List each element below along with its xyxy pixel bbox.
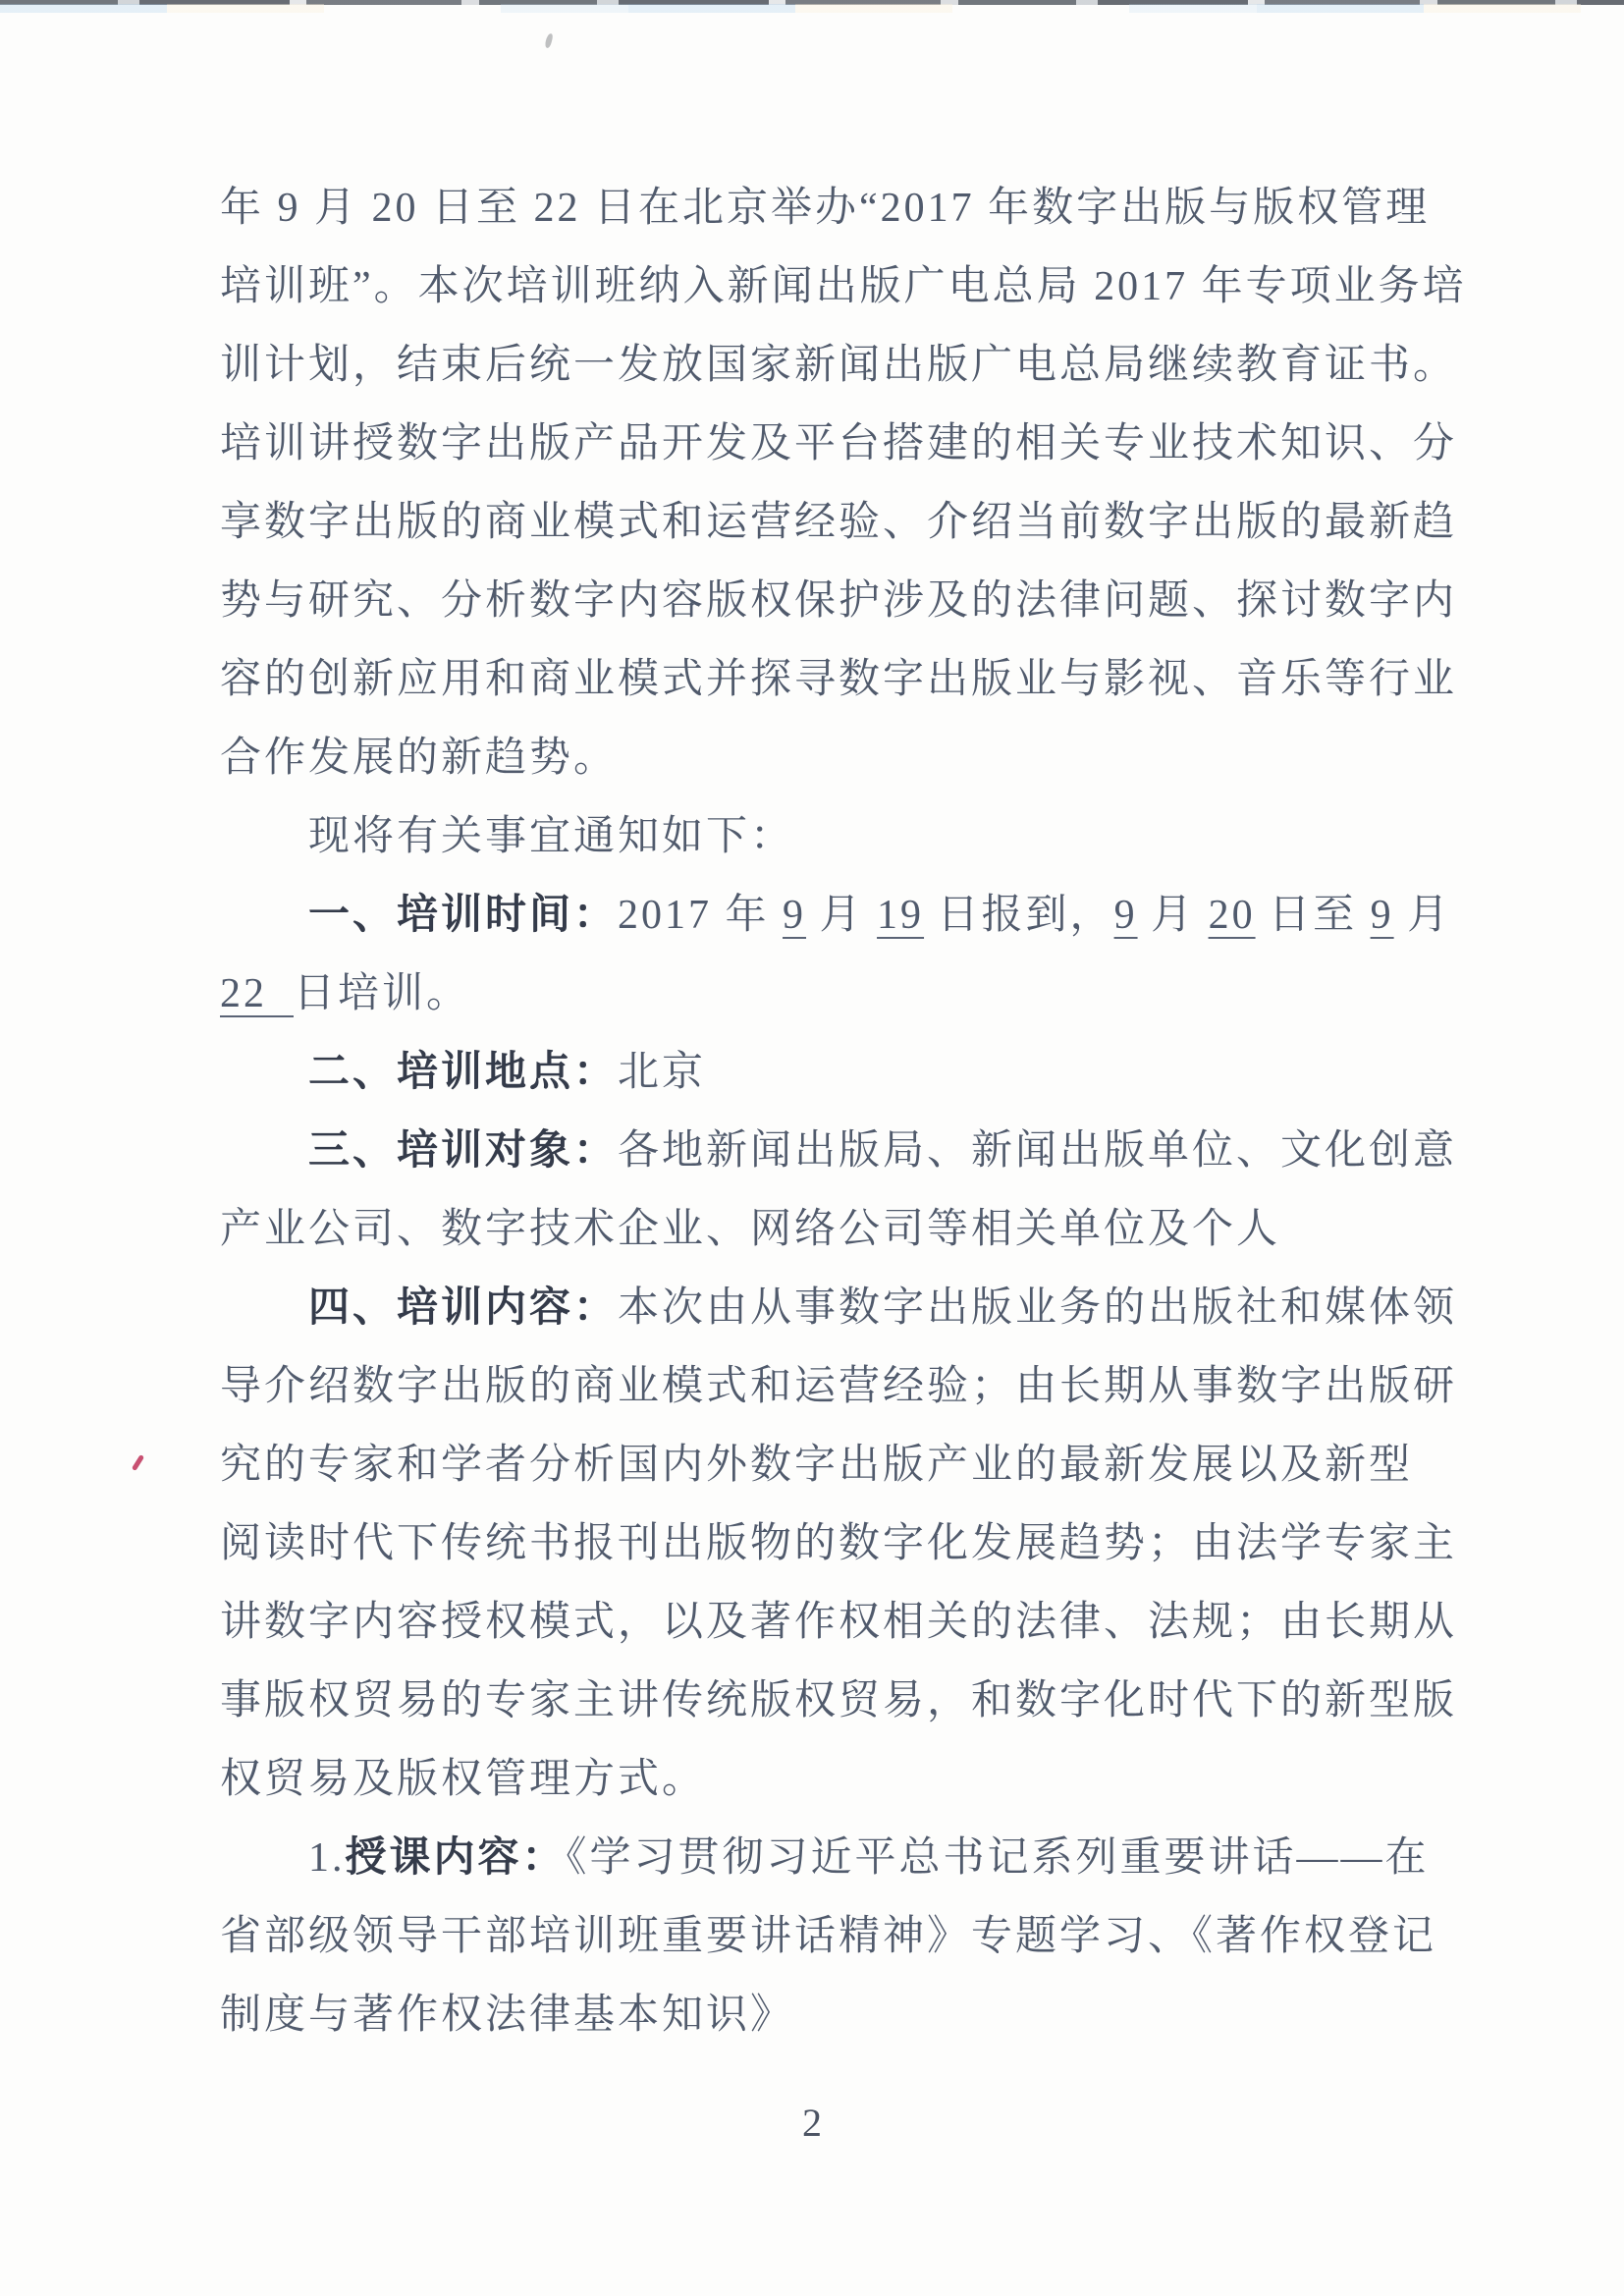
text-line: 省部级领导干部培训班重要讲话精神》专题学习、《著作权登记: [220, 1897, 1393, 1976]
text-segment-underlined: 19: [877, 893, 924, 938]
text-segment: 日报到，: [924, 893, 1114, 938]
text-segment: 阅读时代下传统书报刊出版物的数字化发展趋势；由法学专家主: [220, 1521, 1457, 1566]
text-line: 现将有关事宜通知如下：: [220, 797, 1393, 876]
scan-top-edge-tint: [0, 4, 1624, 13]
text-segment: 容的创新应用和商业模式并探寻数字出版业与影视、音乐等行业: [220, 657, 1457, 702]
text-segment: 月: [806, 893, 877, 938]
text-segment: 各地新闻出版局、新闻出版单位、文化创意: [618, 1128, 1457, 1174]
text-line: 产业公司、数字技术企业、网络公司等相关单位及个人: [220, 1190, 1393, 1269]
text-segment-bold: 四、培训内容：: [308, 1285, 618, 1331]
text-segment: 训计划，结束后统一发放国家新闻出版广电总局继续教育证书。: [220, 343, 1457, 388]
text-line: 培训班”。本次培训班纳入新闻出版广电总局 2017 年专项业务培: [220, 247, 1393, 326]
text-segment: 培训班”。本次培训班纳入新闻出版广电总局 2017 年专项业务培: [220, 264, 1467, 309]
text-segment: 本次由从事数字出版业务的出版社和媒体领: [618, 1285, 1457, 1331]
text-line: 年 9 月 20 日至 22 日在北京举办“2017 年数字出版与版权管理: [220, 169, 1393, 247]
text-segment: 日培训。: [294, 971, 470, 1016]
text-segment: 讲数字内容授权模式，以及著作权相关的法律、法规；由长期从: [220, 1600, 1457, 1645]
text-segment: 年 9 月 20 日至 22 日在北京举办“2017 年数字出版与版权管理: [220, 186, 1430, 231]
text-line: 培训讲授数字出版产品开发及平台搭建的相关专业技术知识、分: [220, 405, 1393, 483]
text-segment-bold: 授课内容：: [346, 1835, 567, 1881]
text-segment: 月: [1394, 893, 1452, 938]
text-line: 合作发展的新趋势。: [220, 719, 1393, 797]
text-segment: 现将有关事宜通知如下：: [308, 814, 794, 859]
text-segment-underlined: 9: [1371, 893, 1394, 938]
text-line: 究的专家和学者分析国内外数字出版产业的最新发展以及新型: [220, 1426, 1393, 1504]
text-segment-bold: 二、培训地点：: [308, 1050, 618, 1095]
text-segment: 2017 年: [618, 893, 783, 938]
text-segment-underlined: 20: [1209, 893, 1256, 938]
text-segment-underlined: 22: [220, 971, 294, 1016]
text-segment: 合作发展的新趋势。: [220, 736, 618, 781]
text-segment: 省部级领导干部培训班重要讲话精神》专题学习、《著作权登记: [220, 1914, 1436, 1959]
text-segment-bold: 一、培训时间：: [308, 893, 618, 938]
text-segment-bold: 三、培训对象：: [308, 1128, 618, 1174]
text-segment: 事版权贸易的专家主讲传统版权贸易，和数字化时代下的新型版: [220, 1678, 1457, 1723]
document-body: 年 9 月 20 日至 22 日在北京举办“2017 年数字出版与版权管理培训班…: [220, 169, 1393, 2054]
text-segment: 究的专家和学者分析国内外数字出版产业的最新发展以及新型: [220, 1443, 1413, 1488]
text-line: 训计划，结束后统一发放国家新闻出版广电总局继续教育证书。: [220, 326, 1393, 405]
scanned-document-page: { "page": { "number": "2" }, "colors": {…: [0, 0, 1624, 2296]
text-segment: 权贸易及版权管理方式。: [220, 1757, 706, 1802]
text-segment: 制度与著作权法律基本知识》: [220, 1993, 794, 2038]
text-line: 制度与著作权法律基本知识》: [220, 1976, 1393, 2054]
text-line: 势与研究、分析数字内容版权保护涉及的法律问题、探讨数字内: [220, 562, 1393, 640]
text-segment: 培训讲授数字出版产品开发及平台搭建的相关专业技术知识、分: [220, 421, 1457, 466]
text-line: 讲数字内容授权模式，以及著作权相关的法律、法规；由长期从: [220, 1583, 1393, 1662]
text-segment: 《学习贯彻习近平总书记系列重要讲话——在: [567, 1835, 1430, 1881]
text-segment: 日至: [1256, 893, 1371, 938]
text-segment: 导介绍数字出版的商业模式和运营经验；由长期从事数字出版研: [220, 1364, 1457, 1409]
text-line: 一、培训时间：2017 年 9 月 19 日报到，9 月 20 日至 9 月: [220, 876, 1393, 955]
gray-speck-mark: [544, 32, 553, 48]
page-number: 2: [0, 2100, 1624, 2146]
text-line: 1.授课内容：《学习贯彻习近平总书记系列重要讲话——在: [220, 1819, 1393, 1897]
text-segment-underlined: 9: [1114, 893, 1138, 938]
text-segment: 产业公司、数字技术企业、网络公司等相关单位及个人: [220, 1207, 1280, 1252]
text-line: 导介绍数字出版的商业模式和运营经验；由长期从事数字出版研: [220, 1347, 1393, 1426]
text-line: 二、培训地点：北京: [220, 1033, 1393, 1112]
text-segment: 月: [1138, 893, 1209, 938]
text-line: 阅读时代下传统书报刊出版物的数字化发展趋势；由法学专家主: [220, 1504, 1393, 1583]
red-pen-mark: [132, 1454, 144, 1471]
text-segment: 1.: [308, 1835, 346, 1881]
text-line: 容的创新应用和商业模式并探寻数字出版业与影视、音乐等行业: [220, 640, 1393, 719]
text-line: 四、培训内容：本次由从事数字出版业务的出版社和媒体领: [220, 1269, 1393, 1347]
text-line: 三、培训对象：各地新闻出版局、新闻出版单位、文化创意: [220, 1112, 1393, 1190]
text-segment-underlined: 9: [783, 893, 806, 938]
text-segment: 北京: [618, 1050, 706, 1095]
text-line: 事版权贸易的专家主讲传统版权贸易，和数字化时代下的新型版: [220, 1662, 1393, 1740]
text-line: 权贸易及版权管理方式。: [220, 1740, 1393, 1819]
text-segment: 享数字出版的商业模式和运营经验、介绍当前数字出版的最新趋: [220, 500, 1457, 545]
text-line: 享数字出版的商业模式和运营经验、介绍当前数字出版的最新趋: [220, 483, 1393, 562]
text-segment: 势与研究、分析数字内容版权保护涉及的法律问题、探讨数字内: [220, 578, 1457, 624]
text-line: 22 日培训。: [220, 955, 1393, 1033]
